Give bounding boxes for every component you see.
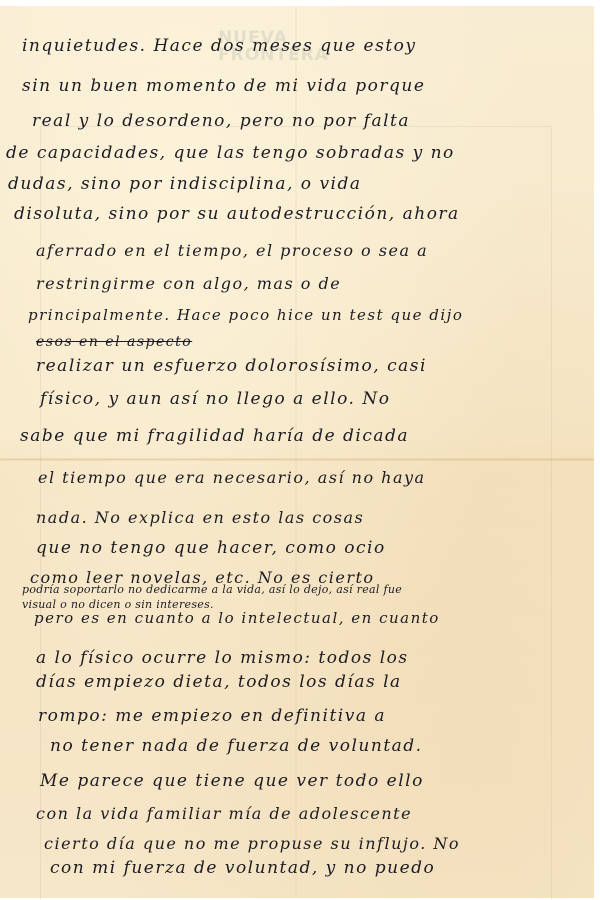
handwritten-line: cierto día que no me propuse su influjo.… [44,834,600,853]
letter-page: NUEVA FRONTERA inquietudes. Hace dos mes… [0,6,594,898]
handwritten-line: nada. No explica en esto las cosas [36,508,600,527]
handwritten-line: de capacidades, que las tengo sobradas y… [6,143,600,163]
handwritten-line: con mi fuerza de voluntad, y no puedo [50,858,600,878]
handwritten-line: principalmente. Hace poco hice un test q… [28,306,600,324]
handwritten-line: el tiempo que era necesario, así no haya [38,468,600,487]
handwritten-line: real y lo desordeno, pero no por falta [32,111,600,131]
handwritten-line: que no tengo que hacer, como ocio [36,538,600,558]
handwritten-line: físico, y aun así no llego a ello. No [40,389,600,409]
handwritten-line: Me parece que tiene que ver todo ello [40,771,600,791]
handwritten-line: realizar un esfuerzo dolorosísimo, casi [36,356,600,376]
handwritten-line: días empiezo dieta, todos los días la [36,672,600,692]
handwritten-line: sabe que mi fragilidad haría de dicada [20,426,600,446]
handwritten-line: no tener nada de fuerza de voluntad. [50,736,600,756]
handwritten-line: aferrado en el tiempo, el proceso o sea … [36,241,600,260]
handwritten-line: sin un buen momento de mi vida porque [22,76,600,96]
handwritten-line: con la vida familiar mía de adolescente [36,804,600,823]
inserted-small-line: podría soportarlo no dedicarme a la vida… [22,583,600,596]
handwritten-line: a lo físico ocurre lo mismo: todos los [36,648,600,668]
handwritten-line: dudas, sino por indisciplina, o vida [8,174,600,194]
handwritten-line: restringirme con algo, mas o de [36,274,600,293]
handwritten-line: inquietudes. Hace dos meses que estoy [22,36,600,56]
handwritten-line: pero es en cuanto a lo intelectual, en c… [34,609,600,627]
struck-through-line: esos en el aspecto [36,334,600,350]
handwritten-line: rompo: me empiezo en definitiva a [38,706,600,726]
handwritten-line: disoluta, sino por su autodestrucción, a… [14,204,600,224]
